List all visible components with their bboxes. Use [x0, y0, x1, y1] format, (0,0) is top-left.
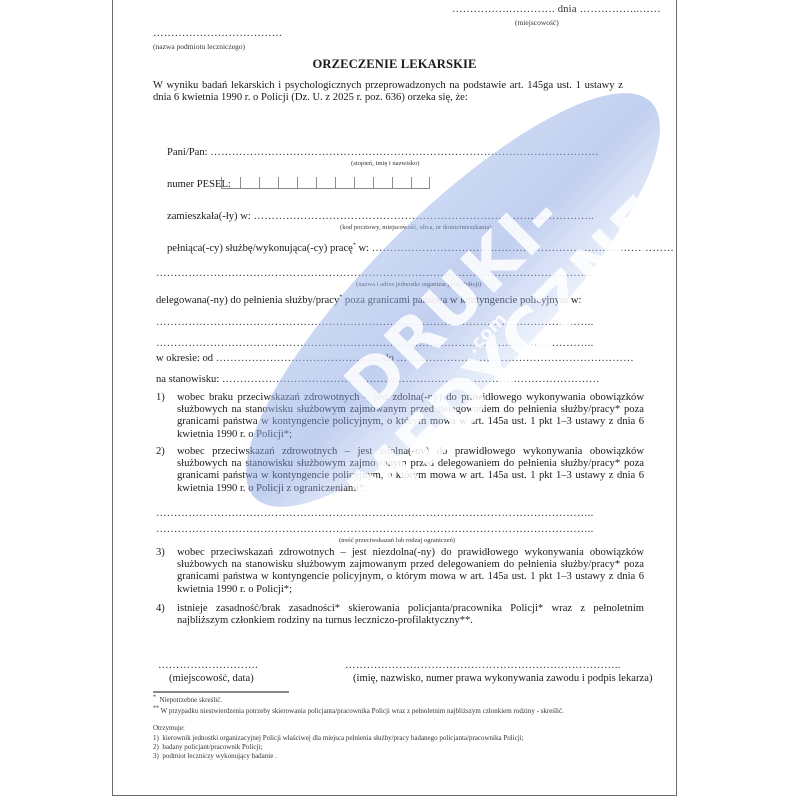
- recipient-2-number: 2): [153, 743, 159, 751]
- delegated-footnote-mark: *: [339, 294, 342, 300]
- pesel-digit-box[interactable]: [335, 177, 354, 189]
- signature-doctor-dots[interactable]: …………………………………………………………………..: [345, 660, 621, 671]
- pesel-digit-box[interactable]: [240, 177, 259, 189]
- service-footnote-mark: *: [353, 242, 356, 248]
- period-from-label: w okresie: od: [156, 353, 213, 364]
- signature-place-date-dots[interactable]: ……………………….: [158, 660, 258, 671]
- pesel-digit-box[interactable]: [278, 177, 297, 189]
- pesel-digit-box[interactable]: [354, 177, 373, 189]
- unit-dots[interactable]: ……………………………………………………………………………………………………………: [156, 268, 593, 279]
- restrictions-dots-2[interactable]: ……………………………………………………………………………………………………………: [156, 524, 593, 535]
- pesel-digit-box[interactable]: [411, 177, 430, 189]
- intro-paragraph: W wyniku badań lekarskich i psychologicz…: [153, 80, 623, 104]
- pesel-digit-box[interactable]: [297, 177, 316, 189]
- period-to-label: do: [383, 353, 394, 364]
- footnote-divider: [153, 691, 289, 693]
- pesel-digit-box[interactable]: [221, 177, 240, 189]
- recipient-1-text: kierownik jednostki organizacyjnej Polic…: [162, 734, 523, 742]
- restrictions-hint: (treść przeciwskazań lub rodzaj ogranicz…: [339, 537, 455, 544]
- pesel-digit-box[interactable]: [316, 177, 335, 189]
- service-field[interactable]: pełniąca(-cy) służbę/wykonująca(-cy) pra…: [167, 243, 674, 254]
- unit-hint: (nazwa i adres jednostki organizacyjnej …: [356, 281, 481, 288]
- item-2-number: 2): [156, 446, 165, 457]
- item-1-number: 1): [156, 392, 165, 403]
- item-4-number: 4): [156, 603, 165, 614]
- period-to-dots[interactable]: …………………………………………………………: [396, 353, 633, 364]
- document-title: ORZECZENIE LEKARSKIE: [113, 57, 676, 72]
- item-3-number: 3): [156, 547, 165, 558]
- position-dots: ……………………………………………………………………………………………: [222, 374, 600, 385]
- position-field[interactable]: na stanowisku: ……………………………………………………………………: [156, 374, 600, 385]
- address-hint: (kod pocztowy, miejscowość, ulica, nr do…: [340, 224, 492, 231]
- name-dots: ………………………………………………………………………………………………: [210, 147, 599, 158]
- footnote-1-mark: *: [153, 695, 156, 701]
- recipient-1-number: 1): [153, 734, 159, 742]
- footnote-1-text: Niepotrzebne skreślić.: [160, 696, 223, 704]
- recipients-heading: Otrzymuje:: [153, 724, 185, 732]
- period-from-dots[interactable]: ……………………………………….: [216, 353, 381, 364]
- pesel-digit-box[interactable]: [373, 177, 392, 189]
- recipient-1: 1) kierownik jednostki organizacyjnej Po…: [153, 734, 524, 742]
- item-1-text: wobec braku przeciwskazań zdrowotnych – …: [177, 392, 644, 441]
- place-label: (miejscowość): [515, 18, 559, 27]
- recipient-3-text: podmiot leczniczy wykonujący badanie .: [162, 752, 277, 760]
- delegated-dots-1[interactable]: ……………………………………………………………………………………………………………: [156, 317, 593, 328]
- item-3-text: wobec przeciwskazań zdrowotnych – jest n…: [177, 547, 644, 596]
- footnote-1: * Niepotrzebne skreślić.: [153, 696, 222, 704]
- facility-label: (nazwa podmiotu leczniczego): [153, 42, 245, 51]
- service-label: pełniąca(-cy) służbę/wykonująca(-cy) pra…: [167, 243, 353, 254]
- address-dots: …………………………………………………………………………………..: [253, 211, 593, 222]
- item-4-text: istnieje zasadność/brak zasadności* skie…: [177, 603, 644, 627]
- pesel-digit-box[interactable]: [259, 177, 278, 189]
- recipient-3-number: 3): [153, 752, 159, 760]
- footnote-2: ** W przypadku niestwierdzenia potrzeby …: [153, 707, 564, 715]
- name-label: Pani/Pan:: [167, 147, 208, 158]
- name-hint: (stopień, imię i nazwisko): [351, 160, 420, 167]
- delegated-dots-2[interactable]: ……………………………………………………………………………………………………………: [156, 338, 593, 349]
- service-dots: …………………………………………………………………………: [372, 243, 674, 254]
- pesel-digit-box[interactable]: [392, 177, 411, 189]
- signature-doctor-label: (imię, nazwisko, numer prawa wykonywania…: [353, 673, 652, 684]
- footnote-2-text: W przypadku niestwierdzenia potrzeby ski…: [161, 707, 564, 715]
- service-suffix: w:: [359, 243, 370, 254]
- recipient-2: 2) badany policjant/pracownik Policji;: [153, 743, 262, 751]
- address-field[interactable]: zamieszkała(-ły) w: ………………………………………………………: [167, 211, 594, 222]
- period-field[interactable]: w okresie: od ………………………………………. do …………………: [156, 353, 634, 364]
- document-page: …………….…………. dnia ……………..…… (miejscowość)…: [112, 0, 677, 796]
- item-2-text: wobec przeciwskazań zdrowotnych – jest z…: [177, 446, 644, 495]
- recipient-3: 3) podmiot leczniczy wykonujący badanie …: [153, 752, 277, 760]
- delegated-suffix: poza granicami państwa w kontyngencie po…: [345, 295, 582, 306]
- delegated-label: delegowana(-ny) do pełnienia służby/prac…: [156, 295, 339, 306]
- facility-dots: ………………………………: [153, 28, 283, 39]
- recipient-2-text: badany policjant/pracownik Policji;: [162, 743, 262, 751]
- place-date-line: …………….…………. dnia ……………..……: [452, 4, 661, 15]
- signature-place-date-label: (miejscowość, data): [169, 673, 254, 684]
- position-label: na stanowisku:: [156, 374, 219, 385]
- pesel-input-boxes[interactable]: [221, 177, 430, 190]
- address-label: zamieszkała(-ły) w:: [167, 211, 251, 222]
- name-field[interactable]: Pani/Pan: …………………………………………………………………………………: [167, 147, 599, 158]
- restrictions-dots-1[interactable]: ……………………………………………………………………………………………………………: [156, 508, 593, 519]
- delegated-line: delegowana(-ny) do pełnienia służby/prac…: [156, 295, 581, 306]
- footnote-2-mark: **: [153, 706, 159, 712]
